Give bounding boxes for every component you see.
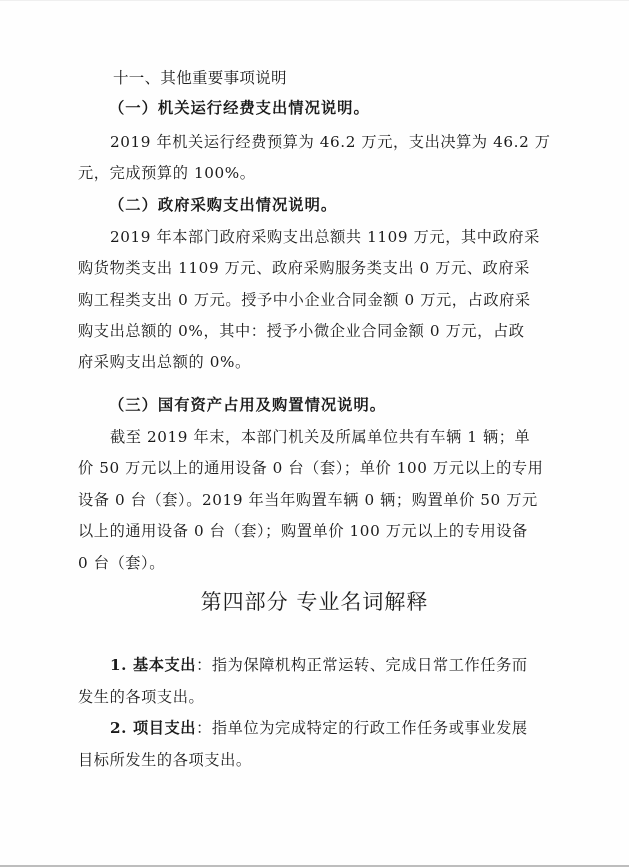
definition-text: 指单位为完成特定的行政工作任务或事业发展 <box>212 719 528 737</box>
paragraph-line: 购支出总额的 0%，其中：授予小微企业合同金额 0 万元，占政 <box>78 321 548 341</box>
paragraph-line: 购货物类支出 1109 万元、政府采购服务类支出 0 万元、政府采 <box>78 258 548 278</box>
part-title: 第四部分 专业名词解释 <box>0 589 629 615</box>
definition-text: 指为保障机构正常运转、完成日常工作任务而 <box>212 656 528 674</box>
definition-text-continued: 目标所发生的各项支出。 <box>78 750 548 770</box>
subsection-title-3: （三）国有资产占用及购置情况说明。 <box>109 395 579 415</box>
definition-text-continued: 发生的各项支出。 <box>78 687 548 707</box>
paragraph-line: 价 50 万元以上的通用设备 0 台（套）；单价 100 万元以上的专用 <box>78 458 548 478</box>
paragraph-line: 以上的通用设备 0 台（套）；购置单价 100 万元以上的专用设备 <box>78 521 548 541</box>
definition-project-expenditure: 2. 项目支出：指单位为完成特定的行政工作任务或事业发展 <box>110 718 550 738</box>
paragraph-line: 购工程类支出 0 万元。授予中小企业合同金额 0 万元，占政府采 <box>78 290 548 310</box>
paragraph-line: 元，完成预算的 100%。 <box>78 163 548 183</box>
definition-term: 2. 项目支出 <box>110 719 196 737</box>
section-heading: 十一、其他重要事项说明 <box>113 68 583 88</box>
paragraph-line: 设备 0 台（套）。2019 年当年购置车辆 0 辆；购置单价 50 万元 <box>78 490 548 510</box>
paragraph-line: 截至 2019 年末，本部门机关及所属单位共有车辆 1 辆；单 <box>110 427 550 447</box>
paragraph-line: 2019 年机关运行经费预算为 46.2 万元，支出决算为 46.2 万 <box>110 132 550 152</box>
paragraph-line: 2019 年本部门政府采购支出总额共 1109 万元，其中政府采 <box>110 227 550 247</box>
definition-term: 1. 基本支出 <box>110 656 196 674</box>
paragraph-line: 0 台（套）。 <box>78 553 548 573</box>
subsection-title-1: （一）机关运行经费支出情况说明。 <box>109 98 579 118</box>
definition-separator: ： <box>196 719 212 737</box>
subsection-title-2: （二）政府采购支出情况说明。 <box>109 195 579 215</box>
page-top-border <box>0 0 629 1</box>
definition-separator: ： <box>196 656 212 674</box>
definition-basic-expenditure: 1. 基本支出：指为保障机构正常运转、完成日常工作任务而 <box>110 655 550 675</box>
paragraph-line: 府采购支出总额的 0%。 <box>78 352 548 372</box>
